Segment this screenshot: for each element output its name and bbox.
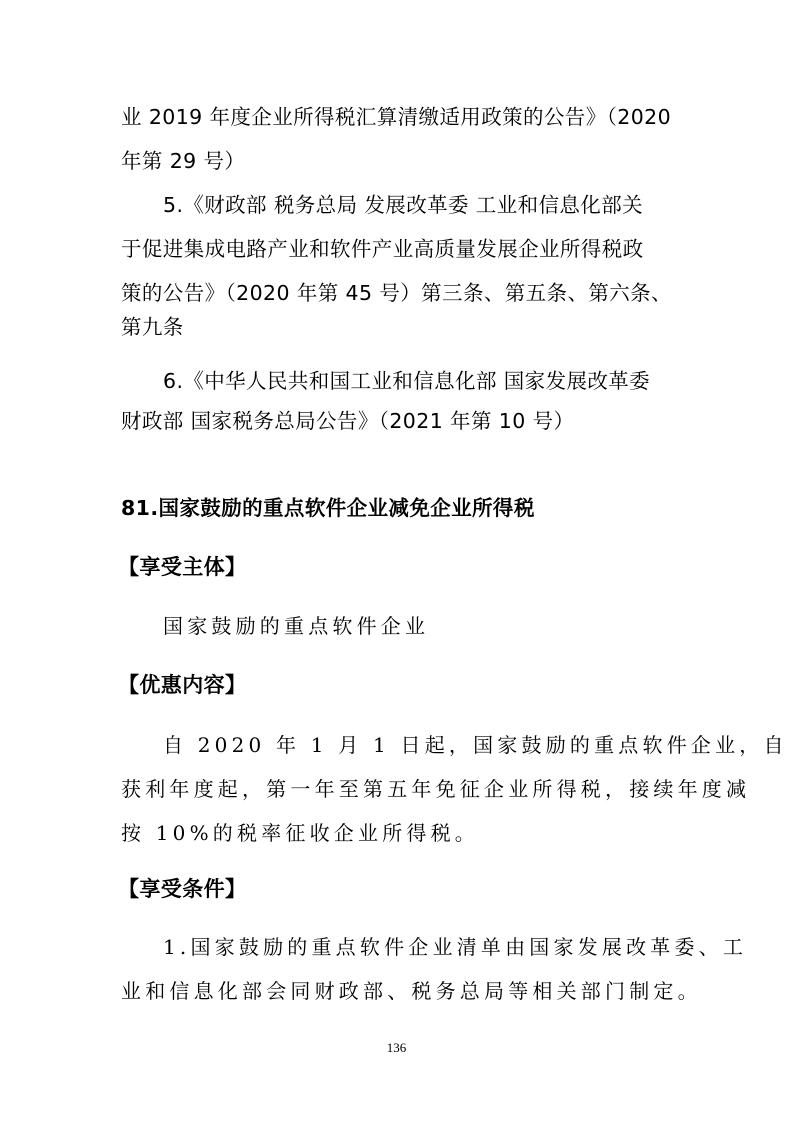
content-text-line: 获利年度起，第一年至第五年免征企业所得税，接续年度减 — [121, 777, 750, 801]
page-number: 136 — [0, 1040, 793, 1056]
reference-5-line: 策的公告》（2020 年第 45 号）第三条、第五条、第六条、 — [121, 281, 672, 305]
section-label-beneficiary: 【享受主体】 — [118, 555, 246, 579]
beneficiary-text: 国家鼓励的重点软件企业 — [163, 614, 429, 638]
section-label-conditions: 【享受条件】 — [118, 877, 246, 901]
reference-5-line: 第九条 — [121, 315, 184, 339]
conditions-text-line: 业和信息化部会同财政部、税务总局等相关部门制定。 — [121, 979, 702, 1003]
reference-5-line: 于促进集成电路产业和软件产业高质量发展企业所得税政 — [121, 237, 644, 261]
section-label-content: 【优惠内容】 — [118, 673, 246, 697]
continued-text-line: 年第 29 号） — [121, 149, 245, 173]
document-page: 业 2019 年度企业所得税汇算清缴适用政策的公告》（2020 年第 29 号）… — [0, 0, 793, 1122]
continued-text-line: 业 2019 年度企业所得税汇算清缴适用政策的公告》（2020 — [121, 105, 671, 129]
reference-6-line: 财政部 国家税务总局公告》（2021 年第 10 号） — [121, 409, 574, 433]
conditions-text-line: 1.国家鼓励的重点软件企业清单由国家发展改革委、工 — [163, 935, 747, 959]
content-text-line: 自 2020 年 1 月 1 日起，国家鼓励的重点软件企业，自 — [163, 733, 788, 757]
reference-5-line: 5.《财政部 税务总局 发展改革委 工业和信息化部关 — [163, 193, 643, 217]
item-heading: 81.国家鼓励的重点软件企业减免企业所得税 — [121, 496, 535, 520]
content-text-line: 按 10%的税率征收企业所得税。 — [121, 821, 479, 845]
reference-6-line: 6.《中华人民共和国工业和信息化部 国家发展改革委 — [163, 369, 650, 393]
